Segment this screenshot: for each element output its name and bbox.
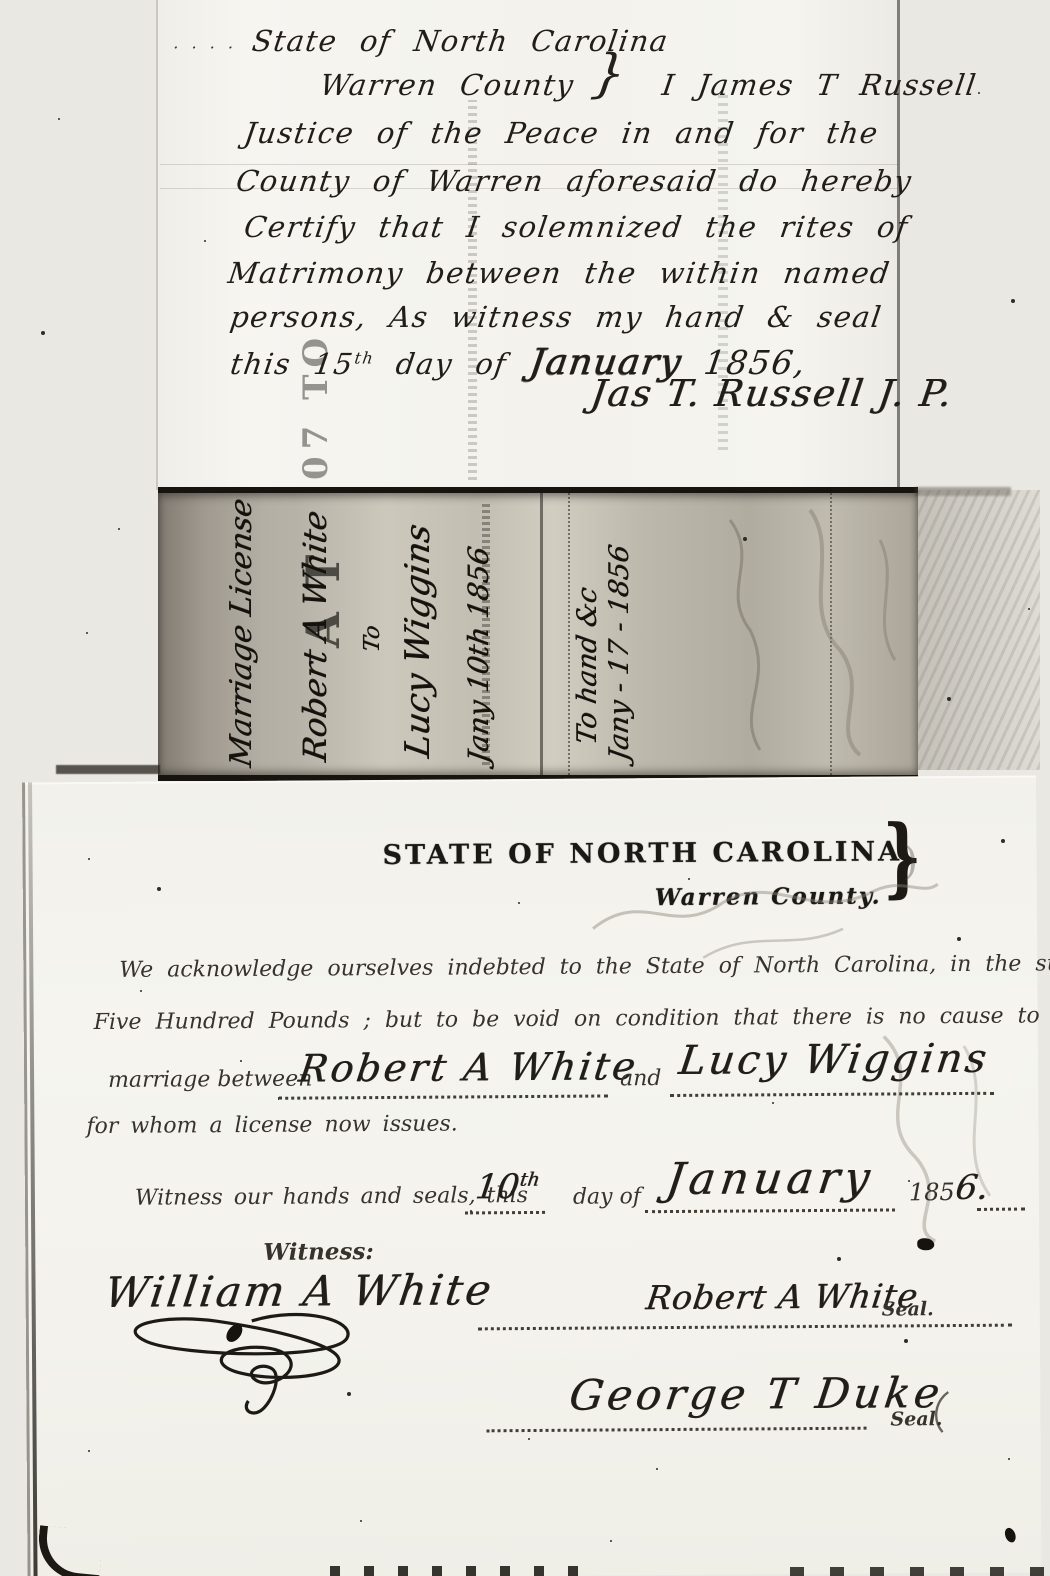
bond-year-printed: 185 bbox=[909, 1178, 955, 1206]
fold-line bbox=[540, 493, 543, 775]
certificate-county: Warren County bbox=[318, 68, 577, 102]
certificate-line-4: County of Warren aforesaid do hereby bbox=[234, 164, 915, 198]
signature-dotted-line-2 bbox=[487, 1427, 867, 1433]
signature-flourish bbox=[122, 1310, 393, 1422]
bleed-strip bbox=[468, 100, 477, 480]
corner-stroke bbox=[35, 1525, 104, 1576]
docket-groom-name: Robert A White bbox=[296, 508, 334, 764]
ghost-writing bbox=[700, 500, 910, 760]
certificate-line-5: Certify that I solemnized the rites of bbox=[242, 210, 911, 244]
band-right-wash bbox=[918, 490, 1040, 770]
certificate-day-of: day of bbox=[394, 347, 509, 381]
bond-and: and bbox=[620, 1066, 662, 1091]
docket-received-date: Jany - 17 - 1856 bbox=[604, 543, 635, 763]
certificate-day: this 15 bbox=[228, 347, 356, 381]
border-smudge bbox=[56, 765, 160, 774]
certificate-signature: Jas T. Russell J. P. bbox=[588, 372, 956, 415]
bond-day: 10th bbox=[473, 1167, 541, 1207]
day-dotted-line bbox=[465, 1211, 545, 1215]
witness-signature: William A White bbox=[102, 1265, 497, 1317]
ink-blot bbox=[917, 1238, 934, 1250]
docket-bride-name: Lucy Wiggins bbox=[398, 521, 438, 760]
ink-blot bbox=[1003, 1526, 1018, 1544]
paper-speckles bbox=[0, 0, 2, 2]
groom-dotted-line bbox=[278, 1094, 608, 1099]
certificate-line-6: Matrimony between the within named bbox=[226, 256, 893, 290]
signature-dotted-line-1 bbox=[478, 1324, 1012, 1331]
bond-groom-name: Robert A White bbox=[296, 1044, 641, 1090]
stray-mark bbox=[924, 1388, 954, 1434]
docket-title: Marriage License bbox=[224, 496, 259, 769]
bond-body-line-1: We acknowledge ourselves indebted to the… bbox=[119, 951, 1050, 983]
bottom-edge-strip bbox=[330, 1566, 580, 1576]
fold-dotted-line bbox=[568, 493, 570, 775]
bond-day-sup: th bbox=[518, 1170, 540, 1191]
seal-label-1: Seal. bbox=[882, 1298, 934, 1320]
bondsman-signature: George T Duke bbox=[566, 1368, 946, 1420]
bond-body-line-4: for whom a license now issues. bbox=[86, 1112, 457, 1140]
scanned-marriage-record: 07 TO · · · · State of North Carolina Wa… bbox=[0, 0, 1050, 1576]
year-dotted-line bbox=[977, 1208, 1025, 1211]
bond-marriage-between: marriage between bbox=[108, 1067, 312, 1093]
bond-sheet: STATE OF NORTH CAROLINA, Warren County. … bbox=[22, 775, 1042, 1576]
docket-received-note: To hand &c bbox=[572, 585, 603, 747]
witness-label: Witness: bbox=[263, 1238, 374, 1266]
bond-bride-name: Lucy Wiggins bbox=[676, 1036, 992, 1084]
bond-day-number: 10 bbox=[473, 1167, 522, 1207]
certificate-line-7: persons, As witness my hand & seal bbox=[228, 300, 884, 334]
docket-issue-date: Jany 10th 1856 bbox=[462, 544, 495, 765]
leader-dots: · · · · bbox=[172, 38, 238, 57]
docket-to: To bbox=[360, 624, 385, 654]
groom-signature: Robert A White bbox=[644, 1276, 921, 1317]
certificate-day-sup: th bbox=[353, 348, 375, 367]
bond-witness-line: Witness our hands and seals, this bbox=[135, 1183, 528, 1211]
sheet-edge-line bbox=[28, 782, 38, 1576]
bond-month: January bbox=[663, 1153, 877, 1205]
bond-day-of: day of bbox=[573, 1184, 641, 1209]
bond-year-digit: 6. bbox=[953, 1168, 991, 1208]
certificate-line-3: Justice of the Peace in and for the bbox=[242, 116, 881, 150]
bottom-edge-strip bbox=[790, 1567, 1050, 1576]
ghost-writing bbox=[582, 846, 943, 969]
certificate-intro: I James T Russell bbox=[660, 68, 979, 102]
